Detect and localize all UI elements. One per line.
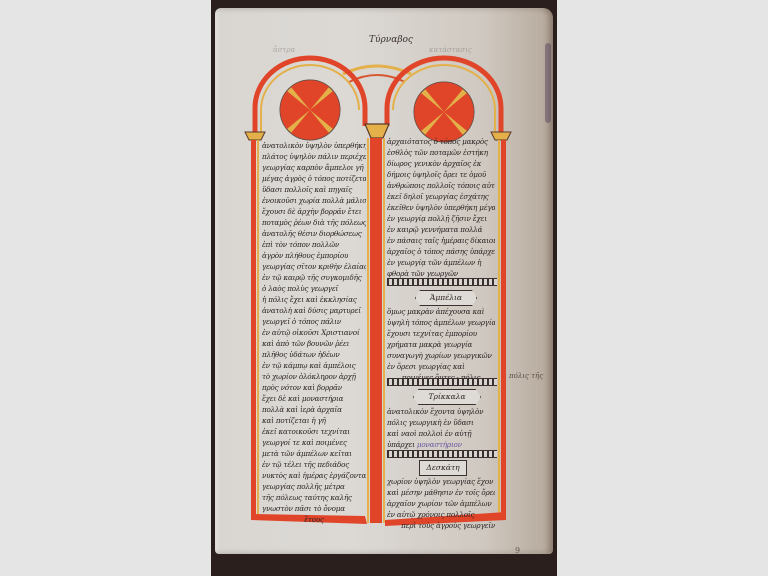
ornamental-band xyxy=(387,450,497,458)
text-line: χρήματα μακρὰ γεωργία xyxy=(387,339,495,350)
text-line: μέγας ἀγρὸς ὁ τόπος ποτίζεται xyxy=(262,173,366,184)
text-line: συναγωγὴ χωρίων γεωργικῶν xyxy=(387,350,495,361)
text-line: ἔχουσι τεχνίτας ἐμπορίου xyxy=(387,328,495,339)
text-line: ἐκεῖθεν ὑψηλὸν ὑπερθήκη μέγα xyxy=(387,202,495,213)
left-text-column: ἀνατολικὸν ὑψηλὸν ὑπερθήκη μῆκος πλάτος … xyxy=(262,140,366,525)
text-line: γεωργίας σῖτον κριθὴν ἐλαίας xyxy=(262,261,366,272)
right-intro-text: ἀρχαιότατος ὁ τόπος μακρὸς ἐσθλὸς τῶν πο… xyxy=(387,136,495,279)
text-line: ποταμὸς ῥέων διὰ τῆς πόλεως xyxy=(262,217,366,228)
text-line: πλῆθος ὑδάτων ἡδέων xyxy=(262,349,366,360)
text-line: καὶ ναοὶ πολλοὶ ἐν αὐτῇ xyxy=(387,428,495,439)
text-line: καὶ ἀπὸ τῶν βουνῶν ῥέει xyxy=(262,338,366,349)
ornamental-band xyxy=(387,278,497,286)
text-line: ἀγρὸν πλήθους ἐμπορίου xyxy=(262,250,366,261)
text-line: ἀνατολικὸν ἔχοντα ὑψηλὸν xyxy=(387,406,495,417)
margin-note: πόλις τῆς xyxy=(509,372,543,380)
text-line: ἐκεῖ δηλοῖ γεωργίας ἐσχάτης xyxy=(387,191,495,202)
text-line: πολλὰ καὶ ἱερὰ ἀρχαῖα xyxy=(262,404,366,415)
section-text: ἀνατολικὸν ἔχοντα ὑψηλὸν πόλις γεωργικὴ … xyxy=(387,406,495,450)
text-line: ἐν πάσαις ταῖς ἡμέραις δίκαιον xyxy=(387,235,495,246)
text-line: ἐν τῷ καιρῷ τῆς συγκομιδῆς xyxy=(262,272,366,283)
text-line: ἡ πόλις ἔχει καὶ ἐκκλησίας xyxy=(262,294,366,305)
text-line: νυκτὸς καὶ ἡμέρας ἐργάζονται xyxy=(262,470,366,481)
text-line: ἐν αὐτῷ οἰκοῦσι Χριστιανοί xyxy=(262,327,366,338)
text-line: ἐπὶ τὸν τόπον πολλῶν xyxy=(262,239,366,250)
violet-ink-note: μοναστήριον xyxy=(417,440,462,449)
text-line: ἐν αὐτῷ χρόνοις πολλοῖς xyxy=(387,509,495,520)
text-line: πόλις γεωργικὴ ἐν ὕδασι xyxy=(387,417,495,428)
text-line: πρὸς νότον καὶ βορρᾶν xyxy=(262,382,366,393)
text-line: δήμοις ὑψηλοῖς ὄρει τε ὁμοῦ xyxy=(387,169,495,180)
text-line: ὅμως μακρὰν ἀπέχουσα καὶ xyxy=(387,306,495,317)
text-line: ὕδασι πολλοῖς καὶ πηγαῖς xyxy=(262,184,366,195)
text-line: ὑψηλὴ τόπος ἀμπέλων γεωργίας xyxy=(387,317,495,328)
text-line: ἐσθλὸς τῶν ποταμῶν ἑστήκη xyxy=(387,147,495,158)
text-line: μετὰ τῶν ἀμπέλων κεῖται xyxy=(262,448,366,459)
text-line: ἔτους xyxy=(262,514,366,525)
ornamental-band xyxy=(387,378,497,386)
left-rosette-icon xyxy=(280,80,340,140)
text-line: ἐν τῷ τέλει τῆς πεδιάδος xyxy=(262,459,366,470)
section-title-cartouche: Τρίκκαλα xyxy=(413,389,481,405)
manuscript-page: Τύρναβος ἄστρα κατάστασις xyxy=(215,8,553,554)
manuscript-photo: Τύρναβος ἄστρα κατάστασις xyxy=(211,0,557,576)
text-line: ἀνατολῆς θέσιν διορθώσεως xyxy=(262,228,366,239)
section-title-cartouche: Δεσκάτη xyxy=(419,460,467,476)
text-line: ὁ λαὸς πολὺς γεωργεῖ xyxy=(262,283,366,294)
text-line: ἐν γεωργίᾳ πολλῇ ζῆσιν ἔχει xyxy=(387,213,495,224)
text-line: δίωρος γενικὸν ἀρχαῖος ἐκ xyxy=(387,158,495,169)
text-line: ἔχουσι δὲ ἀρχὴν βορρᾶν ἔτει xyxy=(262,206,366,217)
text-line: ἐν τῷ κάμπῳ καὶ ἀμπέλοις xyxy=(262,360,366,371)
text-line: ἐν ὄρεσι γεωργίας καὶ xyxy=(387,361,495,372)
text-line: ἐν γεωργίᾳ τῶν ἀμπέλων ἡ xyxy=(387,257,495,268)
text-line: περὶ τοὺς ἀγροὺς γεωργεῖν xyxy=(387,520,495,531)
text-line: ἀρχαιότατος ὁ τόπος μακρὸς xyxy=(387,136,495,147)
text-line: χωρίον ὑψηλὸν γεωργίας ἔχον xyxy=(387,476,495,487)
text-line: ἀνθρώποις πολλοῖς τόποις αὐτοῦ xyxy=(387,180,495,191)
text-line: γεωργοί τε καὶ ποιμένες xyxy=(262,437,366,448)
text-line: ὑπάρχει xyxy=(387,440,415,449)
text-line: ἐνοικοῦσι χωρία πολλὰ μάλιστα xyxy=(262,195,366,206)
text-line: γεωργίας καρπὸν ἄμπελοι γῆ xyxy=(262,162,366,173)
section-text: χωρίον ὑψηλὸν γεωργίας ἔχον καὶ μέσην μά… xyxy=(387,476,495,531)
text-line: ἀνατολικὸν ὑψηλὸν ὑπερθήκη μῆκος xyxy=(262,140,366,151)
text-line: ἐκεῖ κατοικοῦσι τεχνίται xyxy=(262,426,366,437)
text-line: ἐν καιρῷ γεννήματα πολλά xyxy=(387,224,495,235)
text-line: γεωργεῖ ὁ τόπος πάλιν xyxy=(262,316,366,327)
text-line: ἔχει δὲ καὶ μοναστήρια xyxy=(262,393,366,404)
text-line: ἀνατολὴ καὶ δύσις μαρτυρεῖ xyxy=(262,305,366,316)
text-line: τῆς πόλεως ταύτης καλῆς xyxy=(262,492,366,503)
section-title-cartouche: Ἀμπέλια xyxy=(415,290,477,306)
text-line: τὸ χωρίον ὁλόκληρον ἀρχῇ xyxy=(262,371,366,382)
right-rosette-icon xyxy=(414,82,474,142)
text-line: ἀρχαῖον χωρίον τῶν ἀμπέλων xyxy=(387,498,495,509)
text-line: καὶ μέσην μάθησιν ἐν τοῖς ὄρεσι xyxy=(387,487,495,498)
page-number: 9 xyxy=(515,546,520,555)
text-line: γεωργίας πολλῆς μέτρα xyxy=(262,481,366,492)
text-line: ἀρχαῖος ὁ τόπος πάσης ὑπάρχει xyxy=(387,246,495,257)
text-line: πλάτος ὑψηλὸν πάλιν περιέχει xyxy=(262,151,366,162)
text-line: γνωστὸν πᾶσι τὸ ὄνομα xyxy=(262,503,366,514)
text-line: καὶ ποτίζεται ἡ γῆ xyxy=(262,415,366,426)
section-text: ὅμως μακρὰν ἀπέχουσα καὶ ὑψηλὴ τόπος ἀμπ… xyxy=(387,306,495,383)
